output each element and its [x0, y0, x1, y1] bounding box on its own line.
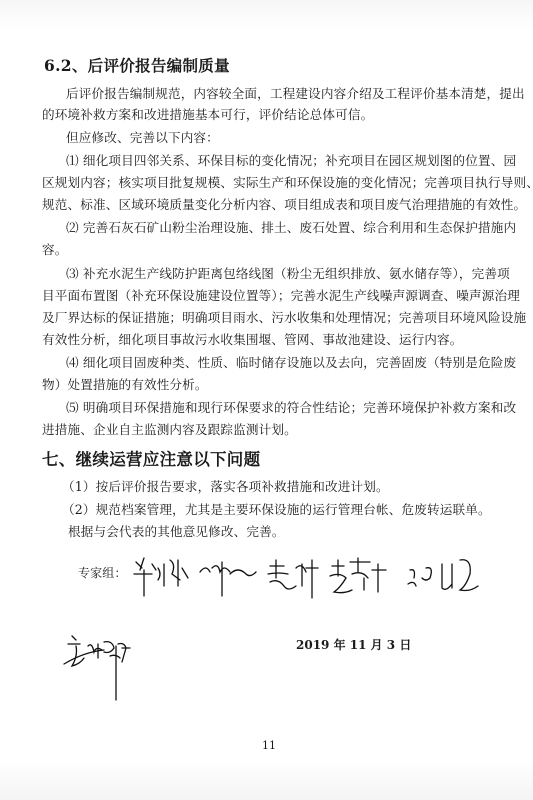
paragraph-line: 的环境补救方案和改进措施基本可行，评价结论总体可信。 — [42, 107, 373, 123]
item-4-line: 物）处置措施的有效性分析。 — [42, 377, 208, 393]
document-date: 2019 年 11 月 3 日 — [296, 636, 411, 653]
page-number: 11 — [262, 739, 276, 752]
section-7-item: （1）按后评价报告要求，落实各项补救措施和改进计划。 — [62, 479, 389, 495]
section-heading-6-2: 6.2、后评价报告编制质量 — [44, 54, 230, 76]
expert-group-label: 专家组： — [78, 565, 127, 581]
item-5-line: 进措施、企业自主监测内容及跟踪监测计划。 — [42, 422, 297, 438]
expert-signatures — [130, 550, 510, 610]
item-5-line: ⑸ 明确项目环保措施和现行环保要求的符合性结论；完善环境保护补救方案和改 — [66, 400, 516, 416]
section-heading-7: 七、继续运营应注意以下问题 — [42, 446, 260, 470]
closing-line: 根据与会代表的其他意见修改、完善。 — [68, 524, 285, 540]
item-2-line: 容。 — [42, 242, 68, 258]
section-7-item: （2）规范档案管理，尤其是主要环保设施的运行管理台帐、危废转运联单。 — [62, 502, 491, 518]
intro-line: 但应修改、完善以下内容： — [66, 130, 219, 146]
item-3-line: ⑶ 补充水泥生产线防护距离包络线图（粉尘无组织排放、氨水储存等），完善项 — [66, 266, 510, 282]
item-3-line: 目平面布置图（补充环保设施建设位置等）；完善水泥生产线噪声源调查、噪声源治理 — [42, 288, 520, 304]
item-1-line: 规范、标准、区域环境质量变化分析内容、项目组成表和项目废气治理措施的有效性。 — [42, 197, 526, 213]
item-1-line: ⑴ 细化项目四邻关系、环保目标的变化情况；补充项目在园区规划图的位置、园 — [66, 153, 516, 169]
paragraph-line: 后评价报告编制规范，内容较全面，工程建设内容介绍及工程评价基本清楚，提出 — [66, 86, 525, 102]
item-3-line: 有效性分析，细化项目事故污水收集围堰、管网、事故池建设、运行内容。 — [42, 332, 463, 348]
item-3-line: 及厂界达标的保证措施；明确项目雨水、污水收集和处理情况；完善项目环境风险设施 — [42, 310, 526, 326]
item-4-line: ⑷ 细化项目固废种类、性质、临时储存设施以及去向，完善固废（特别是危险废 — [66, 355, 516, 371]
leader-signature — [62, 628, 152, 703]
item-1-line: 区规划内容；核实项目批复规模、实际生产和环保设施的变化情况；完善项目执行导则、 — [42, 175, 533, 191]
document-page: 6.2、后评价报告编制质量 后评价报告编制规范，内容较全面，工程建设内容介绍及工… — [0, 0, 533, 800]
item-2-line: ⑵ 完善石灰石矿山粉尘治理设施、排土、废石处置、综合利用和生态保护措施内 — [66, 220, 516, 236]
